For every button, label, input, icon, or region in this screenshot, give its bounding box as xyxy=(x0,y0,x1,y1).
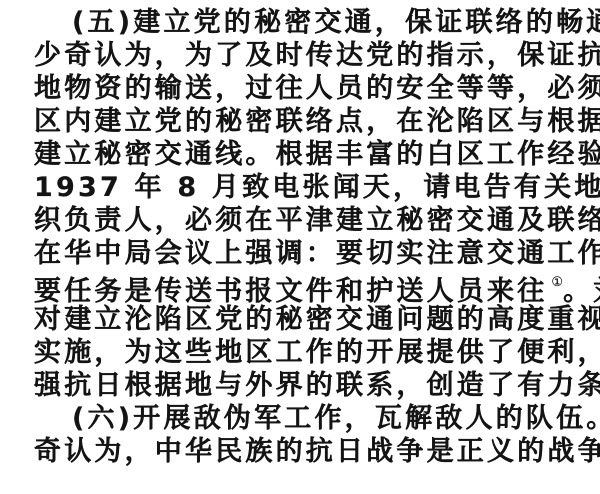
text-line: 区内建立党的秘密联络点，在沦陷区与根据地之间 xyxy=(34,105,590,138)
text-line: 奇认为，中华民族的抗日战争是正义的战争，许多 xyxy=(34,435,590,468)
text-line: (五)建立党的秘密交通，保证联络的畅通。刘 xyxy=(72,6,600,39)
text-line: 建立秘密交通线。根据丰富的白区工作经验，于 xyxy=(34,138,590,171)
text-line: 实施，为这些地区工作的开展提供了便利，也为加 xyxy=(34,336,590,369)
footnote-marker[interactable]: ① xyxy=(551,275,563,290)
text-line: 织负责人，必须在平津建立秘密交通及联络站。他 xyxy=(34,204,590,237)
text-line: 对建立沦陷区党的秘密交通问题的高度重视及组织 xyxy=(34,303,590,336)
text-line: 在华中局会议上强调：要切实注意交通工作，其主 xyxy=(34,237,590,270)
document-page: (五)建立党的秘密交通，保证联络的畅通。刘 少奇认为，为了及时传达党的指示，保证… xyxy=(0,0,600,494)
text-line: 1937 年 8 月致电张闻天，请电告有关地区的党组 xyxy=(34,171,590,204)
text-line: (六)开展敌伪军工作，瓦解敌人的队伍。刘少 xyxy=(72,402,600,435)
text-line: 少奇认为，为了及时传达党的指示，保证抗日根据 xyxy=(34,39,590,72)
text-line: 强抗日根据地与外界的联系，创造了有力条件。 xyxy=(34,369,590,402)
text-line: 地物资的输送，过往人员的安全等等，必须在沦陷 xyxy=(34,72,590,105)
text-line: 要任务是传送书报文件和护送人员来往①。刘少奇 xyxy=(34,270,590,303)
